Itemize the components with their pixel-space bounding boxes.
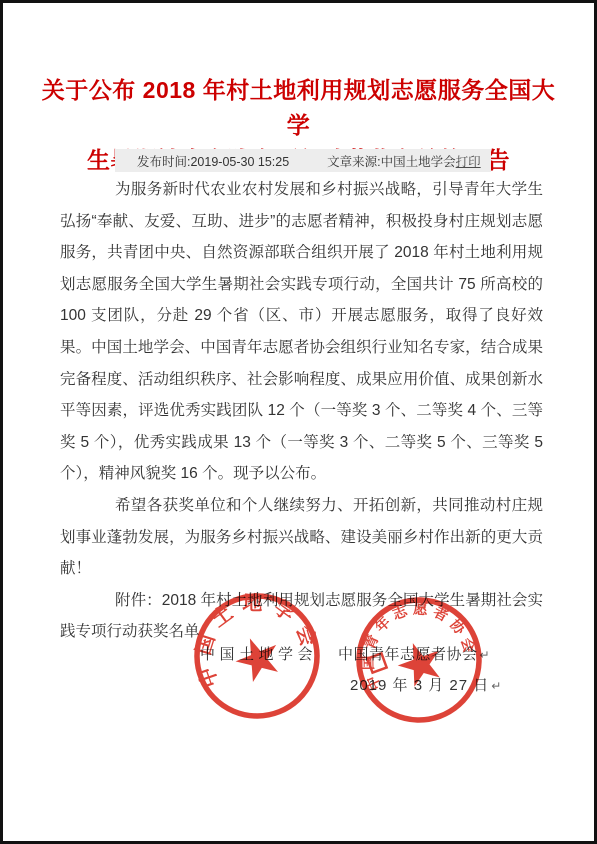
signature-date-text: 2019 年 3 月 27 日 [350,677,489,694]
signature-date: 2019 年 3 月 27 日↵ [350,674,501,695]
signature-left-org: 中国土地学会 [200,643,317,664]
announcement-page: { "page": { "title_line1": "关于公布 2018 年村… [0,0,597,844]
paragraph-hope: 希望各获奖单位和个人继续努力、开拓创新，共同推动村庄规划事业蓬勃发展，为服务乡村… [60,490,543,585]
publish-time: 发布时间:2019-05-30 15:25 [137,152,289,170]
return-mark-icon: ↵ [491,679,501,693]
meta-bar: 发布时间:2019-05-30 15:25 文章来源:中国土地学会 打印 [115,149,491,172]
title-line-1: 关于公布 2018 年村土地利用规划志愿服务全国大学 [33,73,564,143]
article-body: 为服务新时代农业农村发展和乡村振兴战略，引导青年大学生弘扬“奉献、友爱、互助、进… [60,174,543,648]
return-mark-icon: ↵ [480,648,490,662]
paragraph-intro: 为服务新时代农业农村发展和乡村振兴战略，引导青年大学生弘扬“奉献、友爱、互助、进… [60,174,543,490]
signature-right-org: 中国青年志愿者协会↵ [338,643,490,664]
print-link[interactable]: 打印 [456,152,481,170]
paragraph-attachment: 附件：2018 年村土地利用规划志愿服务全国大学生暑期社会实践专项行动获奖名单 [60,585,543,648]
signature-right-org-text: 中国青年志愿者协会 [338,646,478,663]
article-source: 文章来源:中国土地学会 [327,152,455,170]
